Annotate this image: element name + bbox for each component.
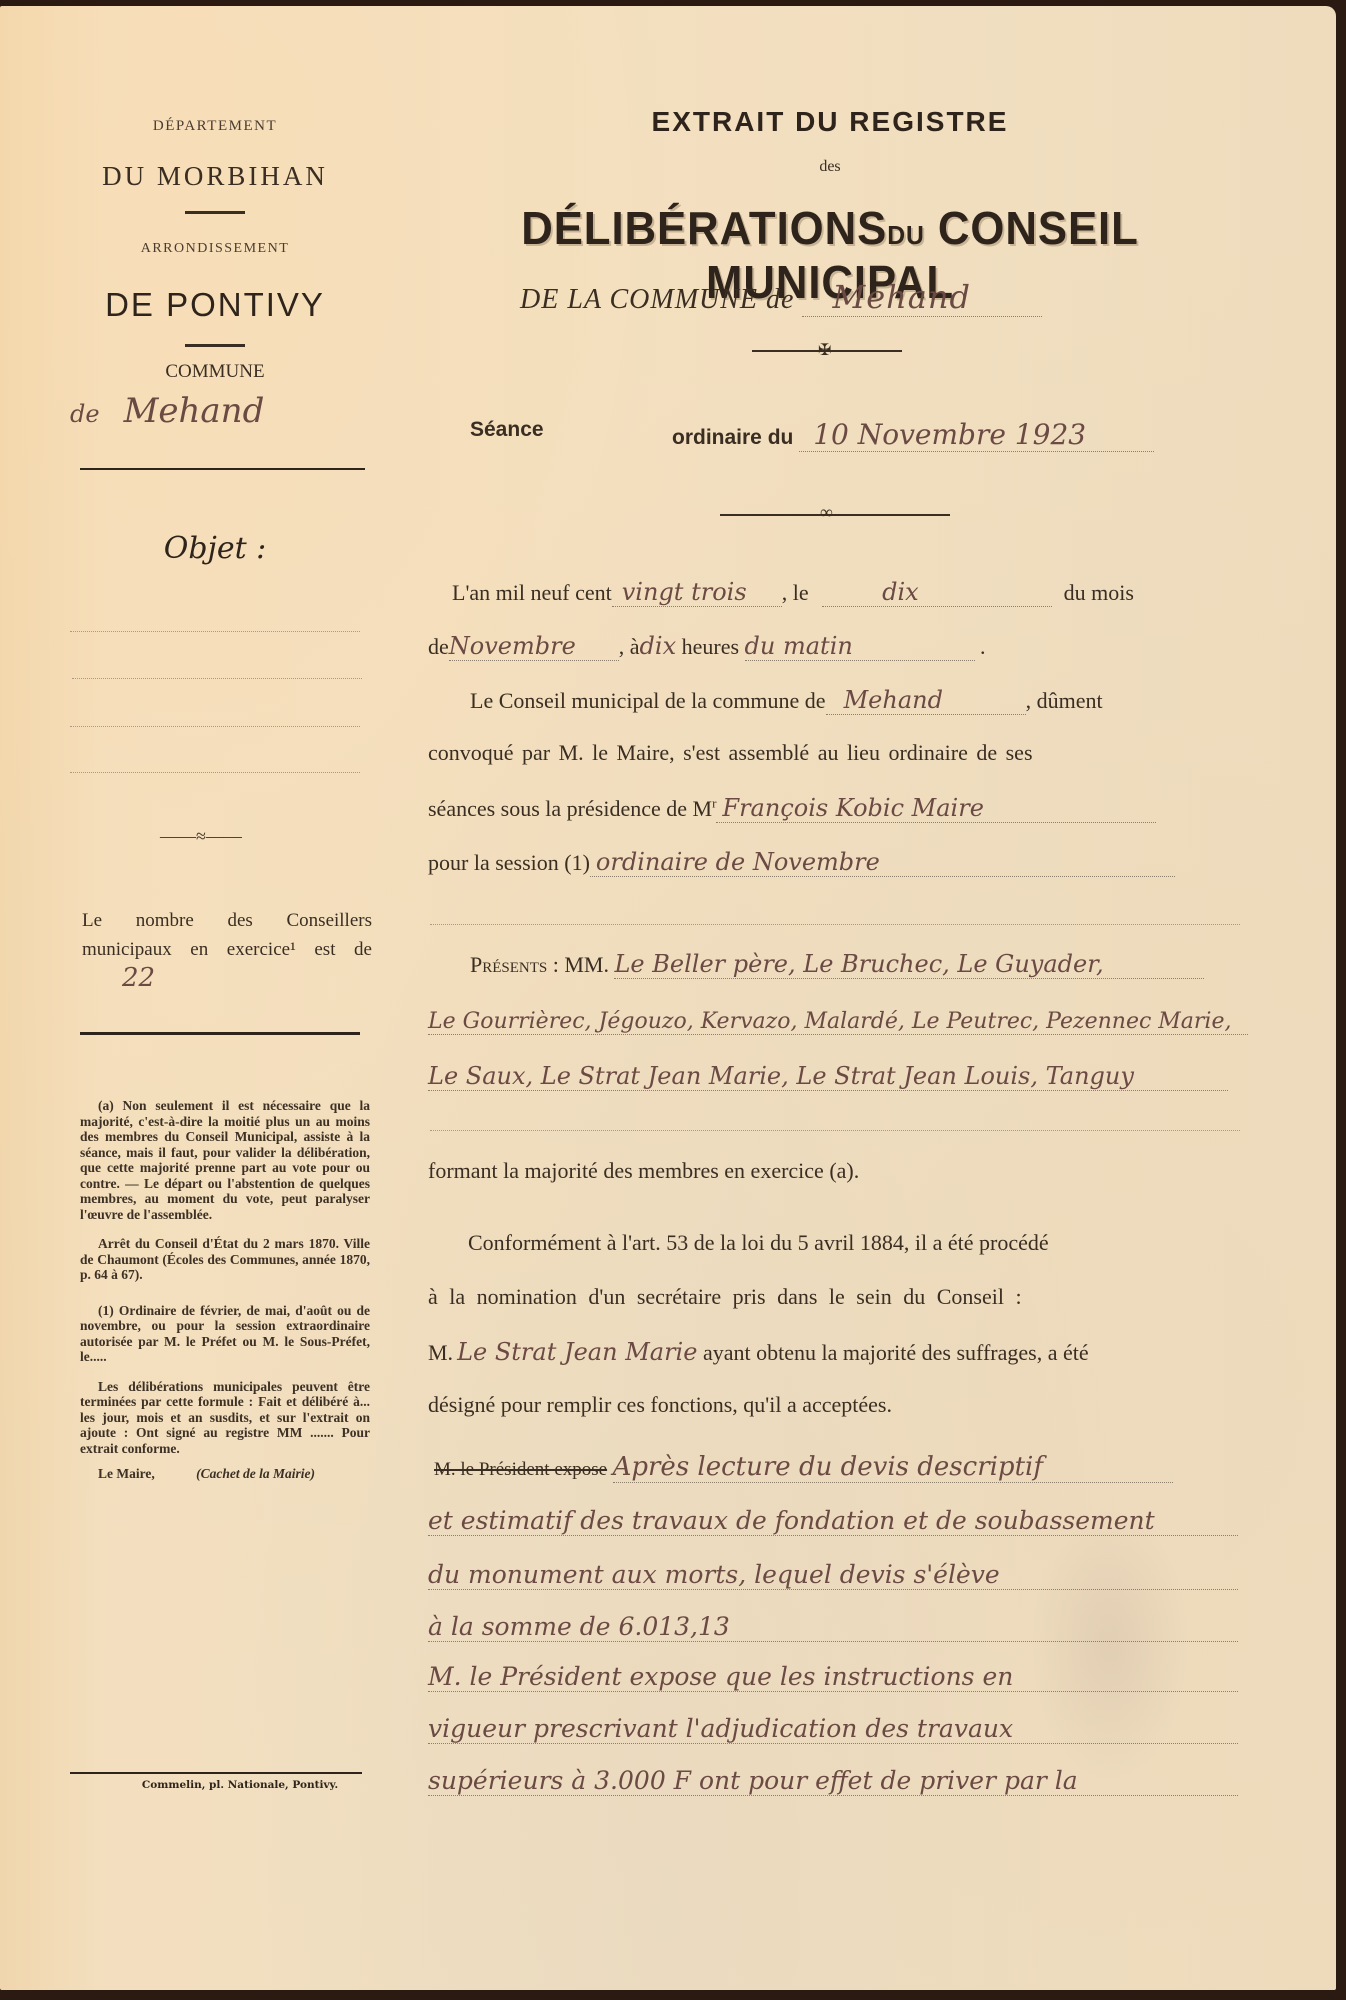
objet-line	[72, 678, 362, 679]
printer-imprint: Commelin, pl. Nationale, Pontivy.	[130, 1779, 350, 1791]
president-expose-struck: M. le Président expose	[434, 1459, 607, 1480]
flourish-ornament: ——≈——	[160, 826, 242, 847]
body-line-1: L'an mil neuf centvingt trois, le dix du…	[452, 578, 1264, 607]
footnotes: (a) Non seulement il est nécessaire que …	[80, 1098, 370, 1496]
divider	[80, 468, 365, 470]
footnote-1: (1) Ordinaire de février, de mai, d'août…	[80, 1303, 370, 1365]
ornament-glyph: ∞	[820, 502, 833, 523]
footnote-arret: Arrêt du Conseil d'État du 2 mars 1870. …	[80, 1236, 370, 1283]
commune-name-handwritten: Mehand	[832, 278, 970, 316]
seance-label: Séance	[470, 418, 544, 442]
arrondissement-name: DE PONTIVY	[60, 286, 370, 324]
body-line-2: deNovembre, àdix heures du matin .	[428, 632, 1240, 661]
divider	[70, 1772, 362, 1774]
ornament-glyph: ✠	[818, 340, 831, 360]
secretary-line-2: à la nomination d'un secrétaire pris dan…	[428, 1284, 1240, 1310]
ornament-divider	[720, 514, 950, 516]
signature-block: Le Maire, (Cachet de la Mairie)	[80, 1466, 370, 1482]
body-line-6: pour la session (1)ordinaire de Novembre	[428, 848, 1240, 877]
objet-label: Objet :	[60, 531, 370, 566]
secretary-handwritten: Le Strat Jean Marie	[457, 1338, 697, 1366]
commune-field: de Mehand	[70, 391, 360, 425]
title-extrait: EXTRAIT DU REGISTRE	[400, 106, 1260, 138]
seance-date-line: ordinaire du 10 Novembre 1923	[672, 418, 1154, 452]
stamp-smudge	[1030, 1506, 1190, 1786]
commune-prefix: de	[70, 400, 100, 428]
footnote-a: (a) Non seulement il est nécessaire que …	[80, 1098, 370, 1222]
president-handwritten: François Kobic Maire	[722, 794, 983, 822]
secretary-line-1: Conformément à l'art. 53 de la loi du 5 …	[468, 1230, 1280, 1256]
majority-line: formant la majorité des membres en exerc…	[428, 1158, 1240, 1184]
objet-line	[70, 772, 360, 773]
presents-line-2: Le Gourrièrec, Jégouzo, Kervazo, Malardé…	[428, 1008, 1240, 1035]
departement-name: DU MORBIHAN	[60, 161, 370, 192]
secretary-line-3: M.Le Strat Jean Marie ayant obtenu la ma…	[428, 1338, 1240, 1366]
presents-line-3: Le Saux, Le Strat Jean Marie, Le Strat J…	[428, 1062, 1240, 1091]
blank-line	[430, 1130, 1240, 1131]
divider	[185, 344, 245, 347]
document-page: DÉPARTEMENT DU MORBIHAN ARRONDISSEMENT D…	[0, 6, 1336, 1990]
commune-label: COMMUNE	[60, 361, 370, 383]
footnote-formula: Les délibérations municipales peuvent êt…	[80, 1379, 370, 1457]
seance-date-handwritten: 10 Novembre 1923	[813, 418, 1086, 451]
body-line-5: séances sous la présidence de MrFrançois…	[428, 794, 1240, 823]
commune-name-handwritten: Mehand	[124, 391, 265, 431]
title-des: des	[400, 158, 1260, 176]
objet-line	[70, 726, 360, 727]
objet-line	[70, 631, 360, 632]
arrondissement-label: ARRONDISSEMENT	[60, 241, 370, 257]
departement-label: DÉPARTEMENT	[60, 118, 370, 135]
blank-line	[430, 924, 1240, 925]
councillors-count-handwritten: 22	[122, 963, 155, 993]
title-commune-line: DE LA COMMUNE de Mehand	[520, 278, 1042, 317]
deliberation-line-1: M. le Président expose Après lecture du …	[434, 1452, 1246, 1483]
councillors-count-text: Le nombre des Conseillers municipaux en …	[82, 906, 372, 995]
presents-line-1: Présents : MM. Le Beller père, Le Bruche…	[470, 950, 1282, 979]
divider	[185, 211, 245, 214]
divider	[80, 1032, 360, 1035]
body-line-4: convoqué par M. le Maire, s'est assemblé…	[428, 740, 1240, 766]
body-line-3: Le Conseil municipal de la commune deMeh…	[470, 686, 1282, 715]
secretary-line-4: désigné pour remplir ces fonctions, qu'i…	[428, 1392, 1240, 1418]
